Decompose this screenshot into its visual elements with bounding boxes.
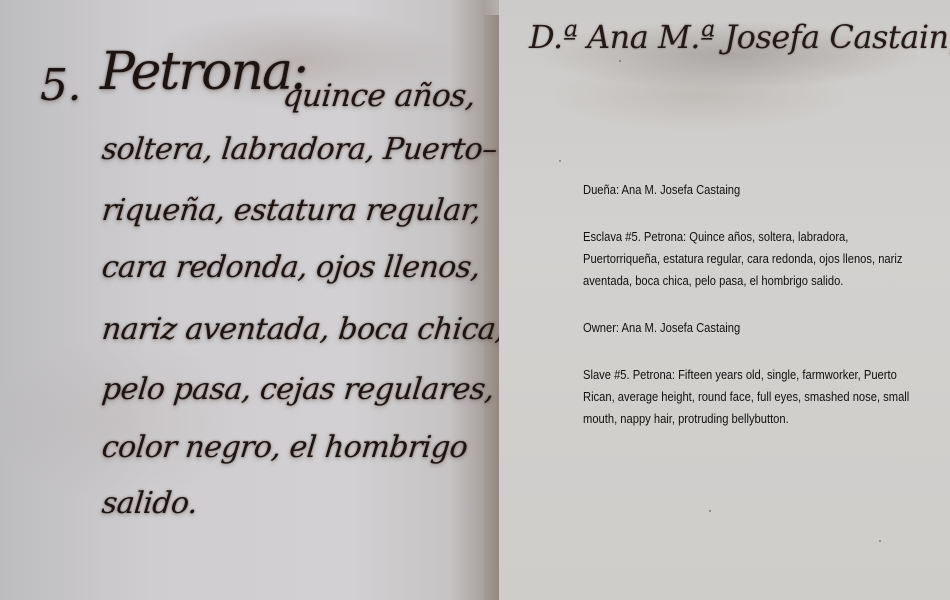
document-spread: 5. Petrona: quince años, soltera, labrad… (0, 0, 950, 600)
paper-speck (709, 510, 711, 512)
owner-english: Owner: Ana M. Josefa Castaing (583, 317, 923, 339)
owner-signature: D.ª Ana M.ª Josefa Castaing (529, 18, 950, 56)
manuscript-line: quince años, (281, 78, 477, 114)
manuscript-line: cara redonda, ojos llenos, (100, 250, 482, 285)
paper-speck (619, 60, 621, 62)
manuscript-line: nariz aventada, boca chica, (100, 312, 499, 347)
manuscript-line: riqueña, estatura regular, (100, 193, 482, 228)
entry-number: 5. (40, 60, 81, 111)
manuscript-line: soltera, labradora, Puerto– (100, 132, 499, 167)
entry-spanish: Esclava #5. Petrona: Quince años, solter… (583, 226, 923, 292)
manuscript-line: pelo pasa, cejas regulares, (100, 372, 496, 407)
manuscript-line: color negro, el hombrigo (100, 430, 469, 465)
entry-english: Slave #5. Petrona: Fifteen years old, si… (583, 364, 923, 430)
paper-speck (879, 540, 881, 542)
transcription-block: Dueña: Ana M. Josefa Castaing Esclava #5… (583, 179, 875, 455)
manuscript-page: 5. Petrona: quince años, soltera, labrad… (0, 0, 499, 600)
entry-name: Petrona: (100, 42, 307, 102)
page-gutter (484, 15, 499, 600)
owner-spanish: Dueña: Ana M. Josefa Castaing (583, 179, 923, 201)
manuscript-line: salido. (100, 486, 199, 521)
paper-speck (559, 160, 561, 162)
transcription-page: D.ª Ana M.ª Josefa Castaing Dueña: Ana M… (499, 0, 950, 600)
